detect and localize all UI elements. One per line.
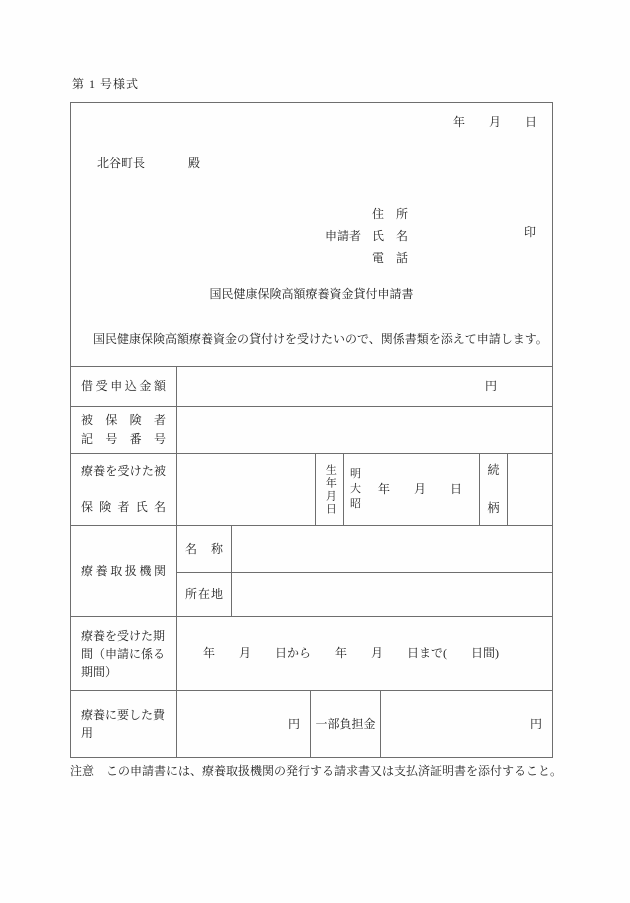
- attachment-note: 注意 この申請書には、療養取扱機関の発行する請求書又は支払済証明書を添付すること…: [70, 764, 570, 779]
- insured-person-name-field: [177, 454, 316, 525]
- institution-label: 療養取扱機関: [81, 564, 166, 579]
- table-row-loan-amount: 借受申込金額 円: [71, 367, 552, 407]
- birth-date-label-cell: 生年月日: [316, 454, 344, 525]
- care-period-fields: 年 月 日から 年 月 日まで( 日間): [203, 646, 499, 661]
- birth-date-label: 生年月日: [323, 464, 337, 516]
- era-options: 明 大 昭: [350, 467, 361, 512]
- copayment-yen-unit: 円: [530, 717, 542, 732]
- addressee-line: 北谷町長 殿: [97, 156, 200, 171]
- era-taisho: 大: [350, 482, 361, 497]
- relationship-field: [508, 454, 552, 525]
- loan-amount-label: 借受申込金額: [81, 379, 166, 394]
- table-row-care-period: 療養を受けた期間（申請に係る期間） 年 月 日から 年 月 日まで( 日間): [71, 617, 552, 691]
- care-period-label: 療養を受けた期間（申請に係る期間）: [81, 627, 166, 681]
- relationship-label-cell: 続 柄: [480, 454, 508, 525]
- application-form-page: 第 1 号様式 年 月 日 北谷町長 殿 申請者 住 所 氏 名 電 話 印 国…: [0, 0, 630, 903]
- copayment-label: 一部負担金: [315, 717, 375, 732]
- seal-mark: 印: [524, 225, 536, 240]
- relationship-label-top: 続: [487, 463, 499, 478]
- table-row-insured-number: 被保険者 記号番号: [71, 407, 552, 454]
- institution-name-row: 名称: [177, 526, 552, 573]
- institution-location-row: 所在地: [177, 573, 552, 616]
- table-row-expenses: 療養に要した費用 円 一部負担金 円: [71, 691, 552, 757]
- insured-number-label-cell: 被保険者 記号番号: [71, 407, 177, 453]
- era-meiji: 明: [350, 467, 361, 482]
- institution-name-label: 名称: [185, 542, 223, 557]
- table-row-institution: 療養取扱機関 名称 所在地: [71, 526, 552, 617]
- institution-name-field: [232, 526, 552, 572]
- expenses-label-cell: 療養に要した費用: [71, 691, 177, 757]
- insured-person-label-cell: 療養を受けた被 保険者氏名: [71, 454, 177, 525]
- institution-location-label: 所在地: [185, 587, 223, 602]
- institution-location-field: [232, 573, 552, 616]
- address-label: 住 所: [372, 203, 408, 225]
- form-title: 国民健康保険高額療養資金貸付申請書: [71, 287, 552, 302]
- expenses-yen-unit: 円: [288, 717, 300, 732]
- addressee-name: 北谷町長: [97, 156, 145, 170]
- insured-number-label-line2: 記号番号: [81, 430, 166, 449]
- loan-amount-field: 円: [177, 367, 552, 406]
- form-header-box: 年 月 日 北谷町長 殿 申請者 住 所 氏 名 電 話 印 国民健康保険高額療…: [70, 102, 553, 366]
- applicant-fields: 住 所 氏 名 電 話: [372, 203, 408, 269]
- institution-name-label-cell: 名称: [177, 526, 232, 572]
- copayment-label-cell: 一部負担金: [311, 691, 381, 757]
- table-row-insured-person: 療養を受けた被 保険者氏名 生年月日 明 大 昭 年 月 日 続 柄: [71, 454, 552, 526]
- birth-date-field: 明 大 昭 年 月 日: [344, 454, 480, 525]
- expenses-amount-field: 円: [177, 691, 311, 757]
- birth-date-ymd: 年 月 日: [361, 482, 479, 497]
- institution-label-cell: 療養取扱機関: [71, 526, 177, 616]
- care-period-field: 年 月 日から 年 月 日まで( 日間): [177, 617, 552, 690]
- addressee-honorific: 殿: [188, 156, 200, 170]
- era-showa: 昭: [350, 497, 361, 512]
- form-number: 第 1 号様式: [72, 77, 139, 92]
- phone-label: 電 話: [372, 247, 408, 269]
- application-statement: 国民健康保険高額療養資金の貸付けを受けたいので、関係書類を添えて申請します。: [93, 332, 548, 347]
- expenses-label: 療養に要した費用: [81, 706, 166, 742]
- date-line: 年 月 日: [453, 115, 537, 130]
- insured-number-field: [177, 407, 552, 453]
- application-table: 借受申込金額 円 被保険者 記号番号 療養を受けた被 保険者氏名 生年月日: [70, 366, 553, 758]
- relationship-label-bottom: 柄: [487, 501, 499, 516]
- applicant-label: 申請者: [325, 229, 361, 244]
- institution-detail: 名称 所在地: [177, 526, 552, 616]
- institution-location-label-cell: 所在地: [177, 573, 232, 616]
- insured-number-label-line1: 被保険者: [81, 411, 166, 430]
- insured-person-label-line1: 療養を受けた被: [81, 464, 166, 479]
- insured-person-label-line2: 保険者氏名: [81, 500, 166, 515]
- loan-amount-label-cell: 借受申込金額: [71, 367, 177, 406]
- name-label: 氏 名: [372, 225, 408, 247]
- applicant-block: 申請者 住 所 氏 名 電 話: [325, 203, 408, 269]
- copayment-amount-field: 円: [381, 691, 552, 757]
- care-period-label-cell: 療養を受けた期間（申請に係る期間）: [71, 617, 177, 690]
- yen-unit: 円: [485, 379, 552, 394]
